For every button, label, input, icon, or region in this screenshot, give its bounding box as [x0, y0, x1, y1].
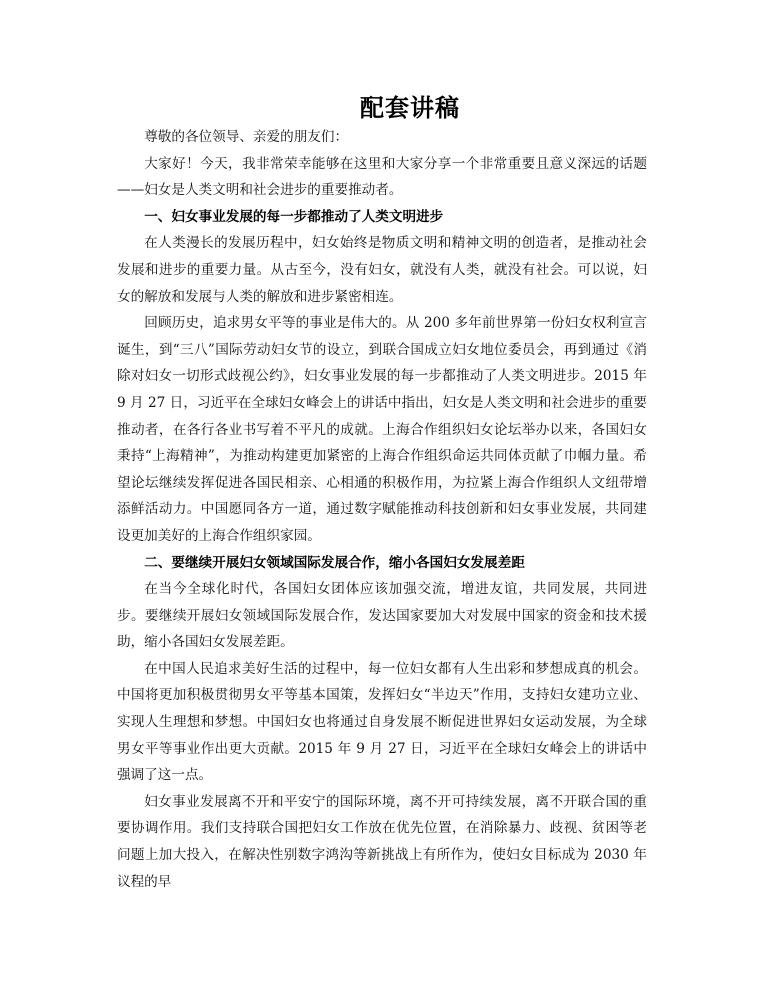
body-paragraph: 在当今全球化时代，各国妇女团体应该加强交流，增进友谊，共同发展，共同进步。要继续…: [117, 576, 647, 656]
document-page: 配套讲稿 尊敬的各位领导、亲爱的朋友们： 大家好！今天，我非常荣幸能够在这里和大…: [0, 0, 770, 1000]
body-paragraph: 在中国人民追求美好生活的过程中，每一位妇女都有人生出彩和梦想成真的机会。中国将更…: [117, 656, 647, 789]
document-body: 尊敬的各位领导、亲爱的朋友们： 大家好！今天，我非常荣幸能够在这里和大家分享一个…: [117, 124, 647, 895]
opening-paragraph: 大家好！今天，我非常荣幸能够在这里和大家分享一个非常重要且意义深远的话题——妇女…: [117, 151, 647, 204]
section-heading-2: 二、要继续开展妇女领域国际发展合作，缩小各国妇女发展差距: [117, 550, 647, 577]
body-paragraph: 在人类漫长的发展历程中，妇女始终是物质文明和精神文明的创造者，是推动社会发展和进…: [117, 230, 647, 310]
body-paragraph: 回顾历史，追求男女平等的事业是伟大的。从 200 多年前世界第一份妇女权利宣言诞…: [117, 310, 647, 549]
salutation: 尊敬的各位领导、亲爱的朋友们：: [117, 124, 647, 151]
document-title: 配套讲稿: [0, 88, 770, 123]
body-paragraph: 妇女事业发展离不开和平安宁的国际环境，离不开可持续发展，离不开联合国的重要协调作…: [117, 789, 647, 895]
section-heading-1: 一、妇女事业发展的每一步都推动了人类文明进步: [117, 204, 647, 231]
